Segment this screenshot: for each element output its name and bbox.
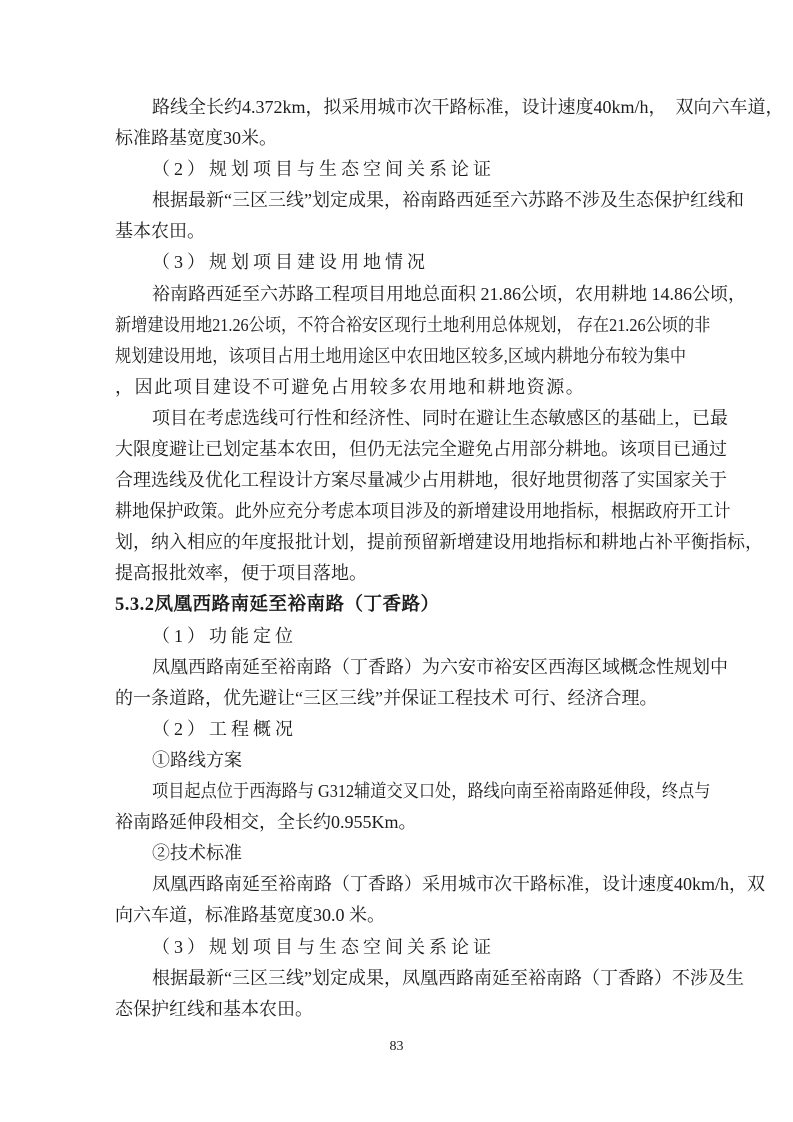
paragraph-line: 根据最新“三区三线”划定成果，凤凰西路南延至裕南路（丁香路）不涉及生 (152, 963, 793, 994)
section-heading-5-3-2: 5.3.2凤凰西路南延至裕南路（丁香路） (115, 590, 793, 621)
paragraph-line: 项目起点位于西海路与 G312辅道交叉口处，路线向南至裕南路延伸段，终点与 (152, 776, 729, 807)
subsection-heading-eco-space: （2）规划项目与生态空间关系论证 (152, 154, 793, 185)
paragraph-line: 耕地保护政策。此外应充分考虑本项目涉及的新增建设用地指标，根据政府开工计 (115, 496, 759, 527)
paragraph-line: 向六车道，标准路基宽度30.0 米。 (115, 900, 793, 931)
paragraph-line: 裕南路延伸段相交，全长约0.955Km。 (115, 807, 793, 838)
paragraph-line: 根据最新“三区三线”划定成果，裕南路西延至六苏路不涉及生态保护红线和 (152, 185, 793, 216)
paragraph-line: 划，纳入相应的年度报批计划，提前预留新增建设用地指标和耕地占补平衡指标， (115, 527, 793, 558)
paragraph-line: 标准路基宽度30米。 (115, 123, 793, 154)
paragraph-line: 大限度避让已划定基本农田，但仍无法完全避免占用部分耕地。该项目已通过 (115, 434, 793, 465)
list-item-heading-route-plan: ①路线方案 (152, 745, 793, 776)
paragraph-line: 项目在考虑选线可行性和经济性、同时在避让生态敏感区的基础上，已最 (152, 403, 793, 434)
paragraph-line: 路线全长约4.372km，拟采用城市次干路标准，设计速度40km/h， 双向六车… (152, 92, 793, 123)
paragraph-line: 新增建设用地21.26公顷，不符合裕安区现行土地利用总体规划， 存在21.26公… (115, 310, 725, 341)
document-page: 路线全长约4.372km，拟采用城市次干路标准，设计速度40km/h， 双向六车… (0, 0, 793, 1025)
paragraph-line: 凤凰西路南延至裕南路（丁香路）为六安市裕安区西海区域概念性规划中 (152, 652, 793, 683)
paragraph-line: 的一条道路，优先避让“三区三线”并保证工程技术 可行、经济合理。 (115, 683, 793, 714)
paragraph-line: 提高报批效率，便于项目落地。 (115, 558, 793, 589)
paragraph-line: 规划建设用地，该项目占用土地用途区中农田地区较多,区域内耕地分布较为集中 (115, 341, 725, 372)
subsection-heading-eco-space-2: （3）规划项目与生态空间关系论证 (152, 932, 793, 963)
paragraph-line: 合理选线及优化工程设计方案尽量减少占用耕地，很好地贯彻落了实国家关于 (115, 465, 793, 496)
paragraph-line: 态保护红线和基本农田。 (115, 994, 793, 1025)
paragraph-line: 裕南路西延至六苏路工程项目用地总面积 21.86公顷，农用耕地 14.86公顷， (152, 279, 793, 310)
page-number: 83 (0, 1038, 793, 1056)
subsection-heading-function: （1）功能定位 (152, 621, 793, 652)
list-item-heading-tech-standard: ②技术标准 (152, 838, 793, 869)
paragraph-line: ，因此项目建设不可避免占用较多农用地和耕地资源。 (115, 372, 793, 403)
document-body: 路线全长约4.372km，拟采用城市次干路标准，设计速度40km/h， 双向六车… (0, 0, 793, 1025)
paragraph-line: 基本农田。 (115, 216, 793, 247)
subsection-heading-overview: （2）工程概况 (152, 714, 793, 745)
subsection-heading-land-use: （3）规划项目建设用地情况 (152, 247, 793, 278)
paragraph-line: 凤凰西路南延至裕南路（丁香路）采用城市次干路标准，设计速度40km/h，双 (152, 869, 793, 900)
